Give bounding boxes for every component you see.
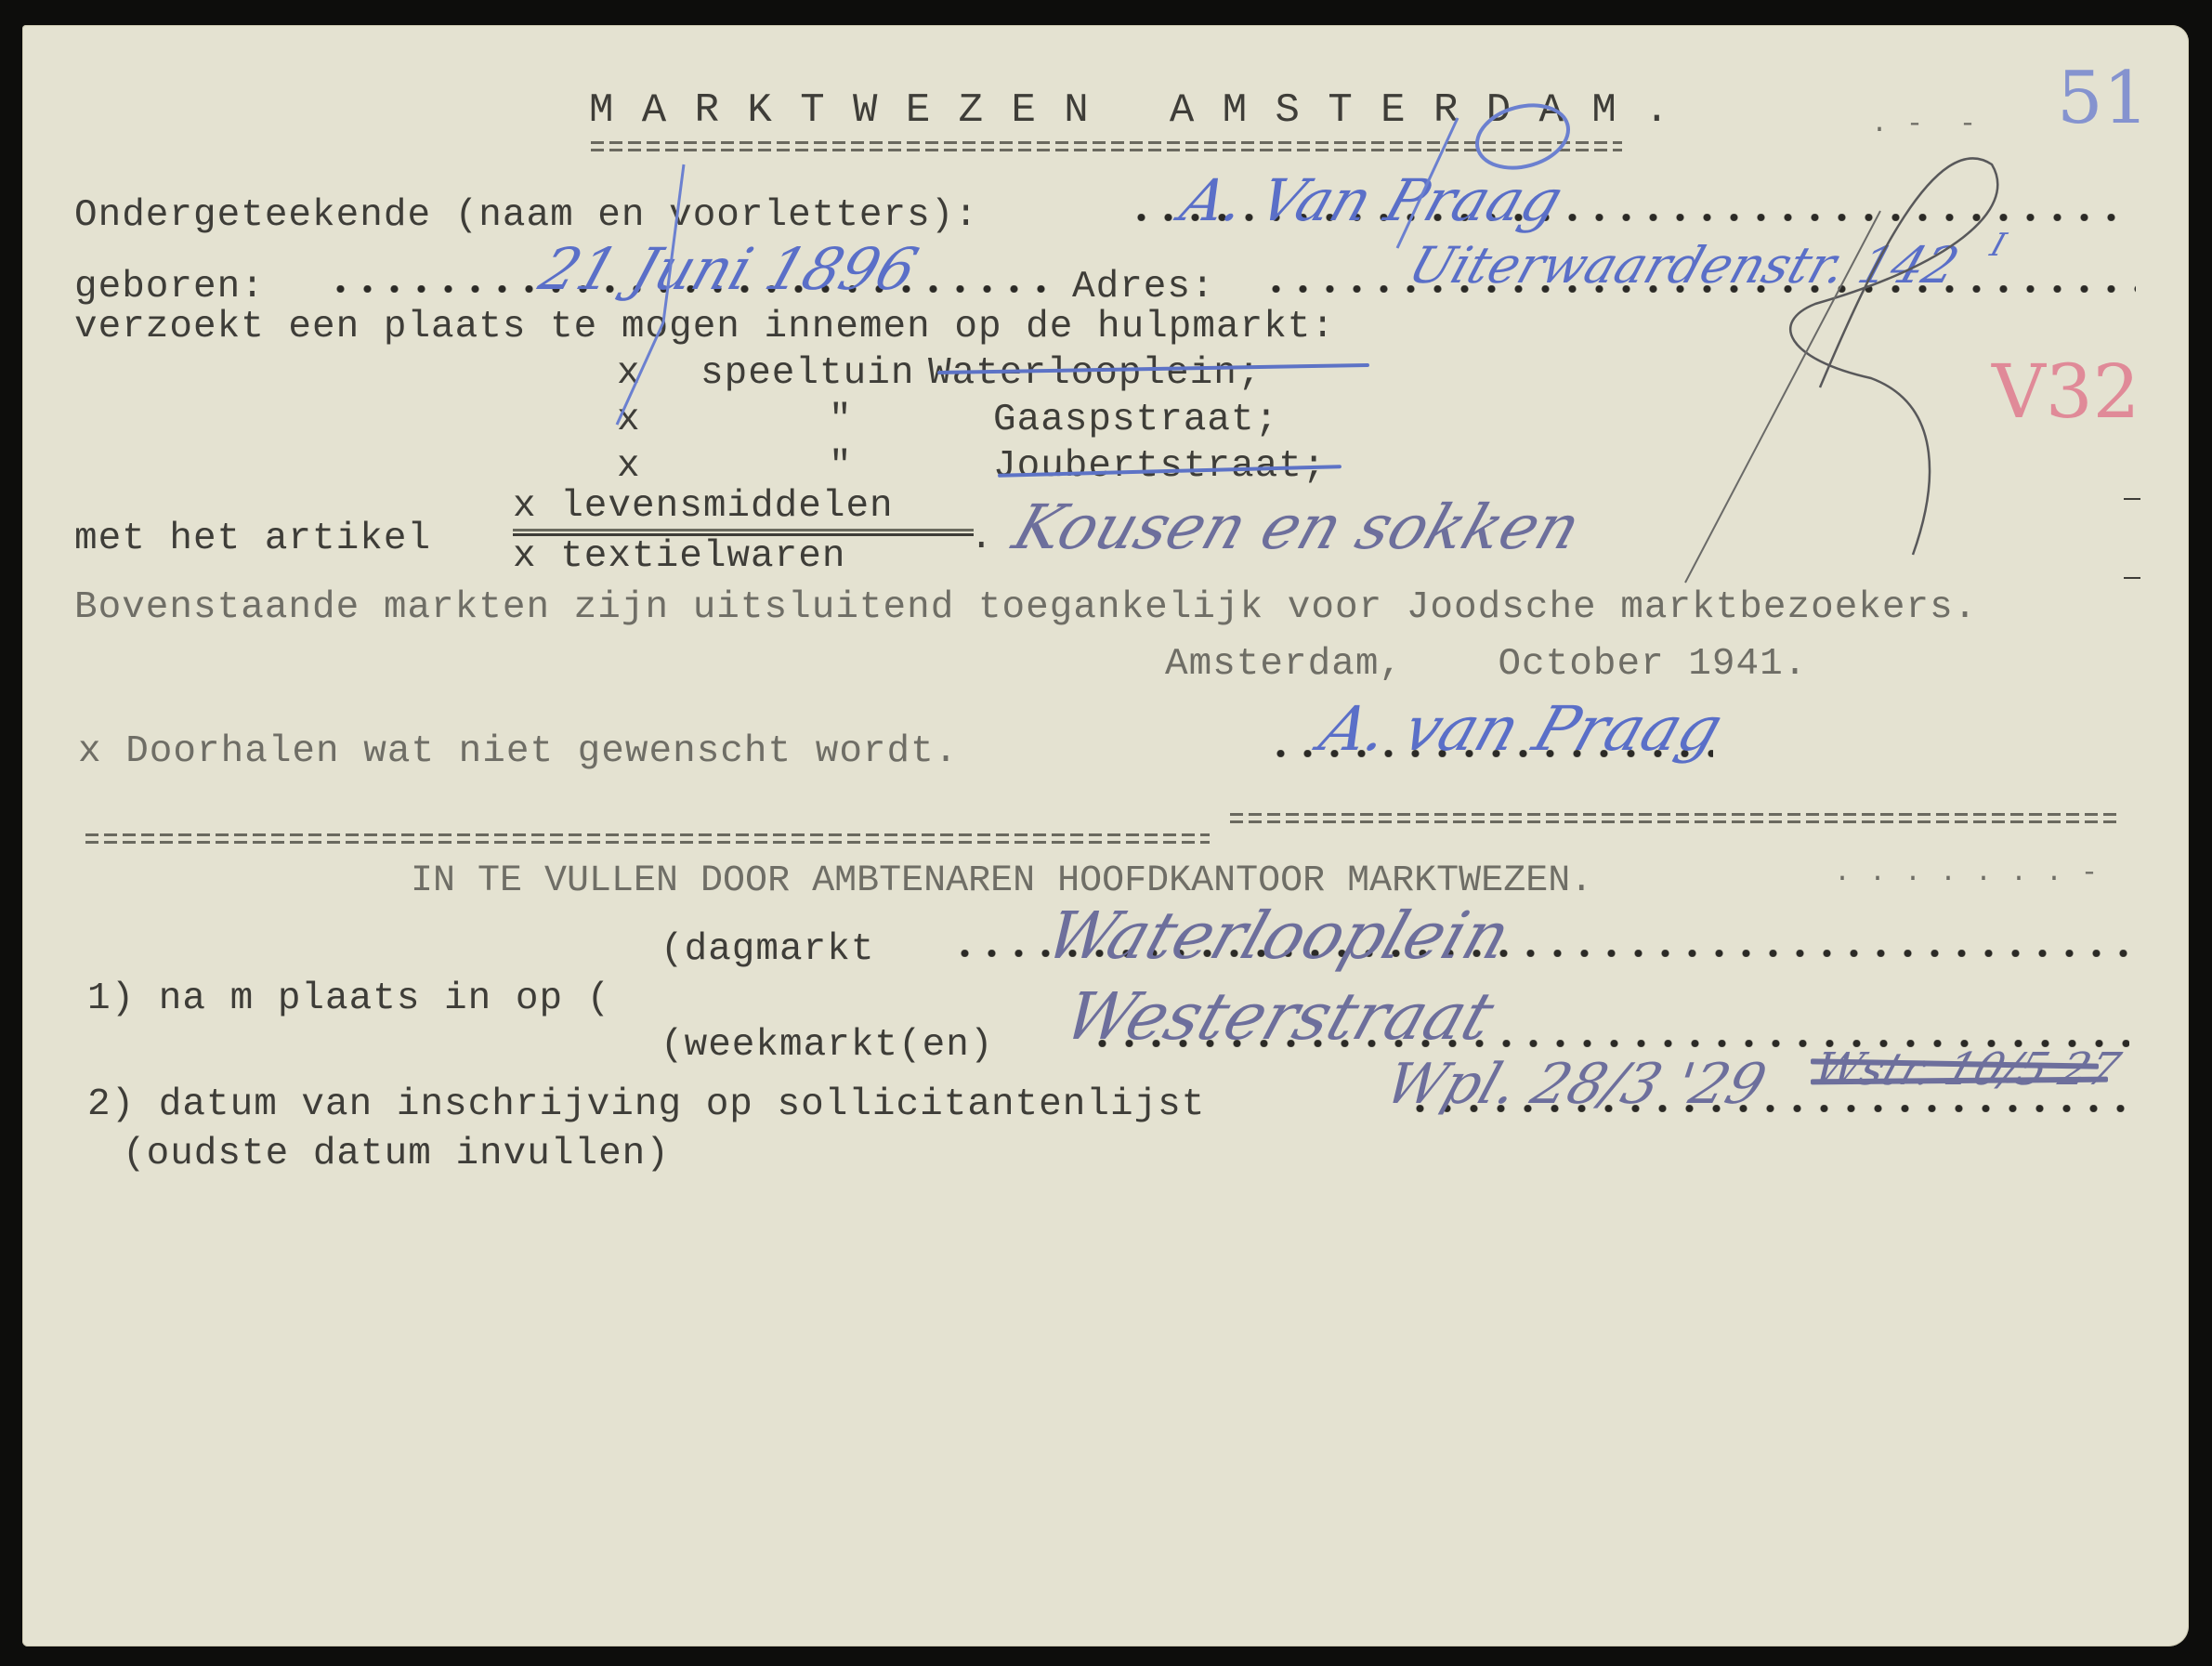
dagmarkt-value[interactable]: Waterlooplein <box>1039 903 1518 968</box>
market-marker: x <box>617 401 641 439</box>
section-double-rule-right <box>1230 813 2122 824</box>
document-card: M A R K T W E Z E N A M S T E R D A M . … <box>22 25 2189 1646</box>
official-section-heading: IN TE VULLEN DOOR AMBTENAREN HOOFDKANTOO… <box>411 863 1592 900</box>
market-prefix: " <box>829 401 853 439</box>
weekmarkt-label: (weekmarkt(en) <box>661 1027 993 1065</box>
heading-trailing-dots: . . . . . . . - <box>1834 859 2099 887</box>
weekmarkt-value[interactable]: Westerstraat <box>1057 984 1501 1049</box>
footnote: x Doorhalen wat niet gewenscht wordt. <box>78 733 958 771</box>
registration-date-struck: Wstr. 10/5 27 <box>1808 1047 2125 1092</box>
market-prefix: " <box>829 448 853 486</box>
signature[interactable]: A. van Praag <box>1313 699 1729 760</box>
market-marker: x <box>617 448 641 486</box>
item-2-label: 2) datum van inschrijving op sollicitant… <box>87 1086 1205 1124</box>
market-name: Waterlooplein; <box>928 355 1261 393</box>
article-option-1[interactable]: x levensmiddelen <box>513 488 894 526</box>
registration-date[interactable]: Wpl. 28/3 '29 <box>1379 1056 1773 1112</box>
item-1-label: 1) na m plaats in op ( <box>87 980 610 1018</box>
name-value[interactable]: A. Van Praag <box>1174 172 1569 230</box>
name-label: Ondergeteekende (naam en voorletters): <box>74 197 978 235</box>
market-marker: x <box>617 355 641 393</box>
born-value[interactable]: 21 Juni 1896 <box>533 241 924 298</box>
request-line: verzoekt een plaats te mogen innemen op … <box>74 308 1335 347</box>
article-option-2[interactable]: x textielwaren <box>513 538 845 576</box>
place-date: Amsterdam, October 1941. <box>1165 646 1807 684</box>
born-label: geboren: <box>74 269 265 307</box>
title-double-rule <box>591 141 1622 152</box>
market-name: Gaaspstraat; <box>993 401 1278 439</box>
article-handwritten[interactable]: Kousen en sokken <box>1006 497 1587 558</box>
dagmarkt-label: (dagmarkt <box>661 931 874 969</box>
strikethrough <box>513 529 974 531</box>
article-label: met het artikel <box>74 520 431 558</box>
title-trailing-dashes: . - - <box>1871 111 1977 138</box>
item-2-sublabel: (oudste datum invullen) <box>123 1135 670 1174</box>
document-title: M A R K T W E Z E N A M S T E R D A M . <box>589 90 1671 131</box>
address-label: Adres: <box>1072 269 1215 307</box>
market-prefix: speeltuin <box>700 355 914 393</box>
article-period: . <box>970 519 994 558</box>
archive-number: 51 <box>2057 62 2149 135</box>
address-suffix: I <box>1986 230 2009 261</box>
notice-text: Bovenstaande markten zijn uitsluitend to… <box>74 589 1977 627</box>
section-double-rule-left <box>85 833 1210 845</box>
address-value[interactable]: Uiterwaardenstr. 142 <box>1403 241 1964 291</box>
red-annotation: V32 <box>1992 355 2140 429</box>
